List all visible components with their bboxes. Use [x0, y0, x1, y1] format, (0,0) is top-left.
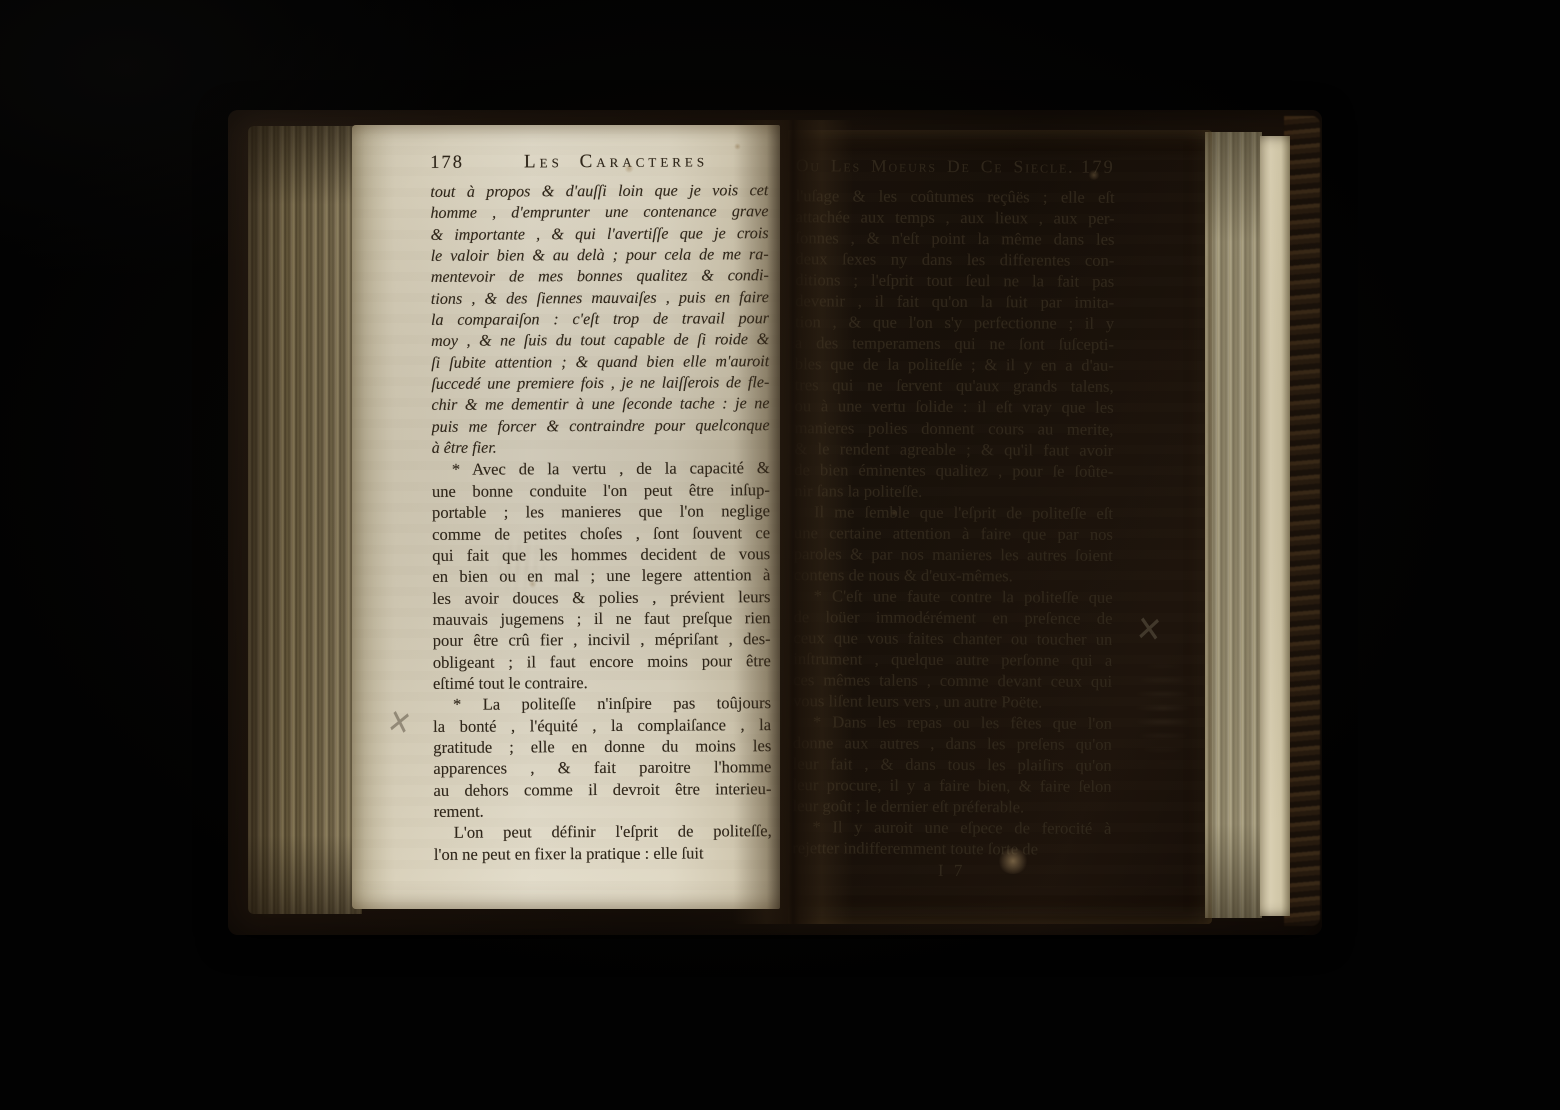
page-right-header: Ou Les Moeurs De Ce Siecle. 179	[796, 155, 1115, 184]
text-line: * La politeſſe n'inſpire pas toûjours	[433, 692, 771, 715]
paragraph: * Avec de la vertu , de la capacité &une…	[432, 458, 771, 695]
text-line: L'on peut définir l'eſprit de politeſſe,	[434, 820, 772, 843]
text-line: ces mêmes talens , comme devant ceux qui	[793, 669, 1112, 692]
text-line: les avoir douces & polies , prévient leu…	[432, 586, 770, 609]
text-line: apparences , & fait paroitre l'homme	[433, 756, 771, 779]
text-line: de bien éminentes qualitez , pour ſe ſoû…	[794, 459, 1113, 482]
text-line: tion , & que l'on s'y perfectionne ; il …	[795, 311, 1114, 334]
text-line: obligeant ; il faut encore moins pour êt…	[433, 650, 771, 673]
right-page-edges	[1205, 132, 1262, 918]
text-line: à être fier.	[432, 436, 770, 459]
text-line: devenir , il fait qu'on la ſuit par imit…	[795, 290, 1114, 313]
text-line: bles que de la politeſſe ; & il y en a d…	[795, 354, 1114, 377]
page-left-body: tout à propos & d'auſſi loin que je vois…	[430, 180, 772, 865]
paragraph: * Il y auroit une eſpece de ferocité àre…	[792, 817, 1111, 861]
text-line: leur fait , & dans tous les plaiſirs qu'…	[793, 753, 1112, 776]
text-line: * C'eſt une faute contre la politeſſe qu…	[794, 585, 1113, 608]
text-line: deux ſexes ny dans les differentes con-	[795, 248, 1114, 271]
text-line: a des temperamens qui ne ſont ſuſcepti-	[795, 332, 1114, 355]
text-line: ſuccedé une premiere fois , je ne laiſſe…	[431, 372, 769, 395]
running-title-right: Ou Les Moeurs De Ce Siecle.	[796, 155, 1075, 177]
text-line: au dehors comme il devroit être interieu…	[433, 778, 771, 801]
text-line: paroles & par nos manieres les autres ſo…	[794, 543, 1113, 566]
signature-mark: I 7	[792, 860, 1111, 882]
text-line: Il me ſemble que l'eſprit de politeſſe e…	[794, 501, 1113, 524]
text-line: une bonne conduite l'on peut être inſup-	[432, 479, 770, 502]
text-line: ditions ; l'eſprit tout ſeul ne la fait …	[795, 269, 1114, 292]
page-right-text-block: Ou Les Moeurs De Ce Siecle. 179 l'uſage …	[792, 155, 1115, 881]
text-line: * Avec de la vertu , de la capacité &	[432, 458, 770, 481]
page-number-left: 178	[430, 153, 464, 174]
page-right-body: l'uſage & les coûtumes reçûës ; elle eſt…	[792, 185, 1115, 860]
text-line: donne aux autres , dans les preſens qu'o…	[793, 732, 1112, 755]
paragraph: * C'eſt une faute contre la politeſſe qu…	[793, 585, 1113, 713]
text-line: tres qui ne ſervent qu'aux grands talens…	[795, 375, 1114, 398]
text-line: eſtimé tout le contraire.	[433, 671, 771, 694]
text-line: tions , & des ſiennes mauvaiſes , puis e…	[431, 287, 769, 310]
paragraph: * La politeſſe n'inſpire pas toûjoursla …	[433, 692, 772, 822]
text-line: la comparaiſon : c'eſt trop de travail p…	[431, 308, 769, 331]
text-line: pour être crû fier , incivil , mépriſant…	[433, 628, 771, 651]
text-line: chir & me dementir à une ſeconde tache :…	[431, 394, 769, 417]
text-line: la bonté , l'équité , la complaiſance , …	[433, 714, 771, 737]
text-line: comme de petites choſes , ſont ſouvent c…	[432, 522, 770, 545]
left-page-edges	[248, 126, 362, 914]
text-line: l'uſage & les coûtumes reçûës ; elle eſt	[796, 185, 1115, 208]
paragraph: tout à propos & d'auſſi loin que je vois…	[430, 180, 769, 459]
open-book: 178 Les Caracteres tout à propos & d'auſ…	[228, 110, 1322, 935]
text-line: ceux que vous faites chanter ou toucher …	[793, 627, 1112, 650]
page-left-header: 178 Les Caracteres	[430, 150, 768, 179]
running-title-left: Les Caracteres	[464, 150, 768, 174]
text-line: moy , & ne ſuis du tout capable de ſi ro…	[431, 330, 769, 353]
page-right: Ou Les Moeurs De Ce Siecle. 179 l'uſage …	[788, 130, 1212, 924]
text-line: qui fait que les hommes decident de vous	[432, 543, 770, 566]
text-line: puis me forcer & contraindre pour quelco…	[432, 415, 770, 438]
text-line: rejetter indifferemment toute ſorte de	[792, 838, 1111, 861]
text-line: une certaine attention à faire que par n…	[794, 522, 1113, 545]
paragraph: * Dans les repas ou les fêtes que l'ondo…	[792, 711, 1112, 818]
text-line: ſi ſubite attention ; & quand bien elle …	[431, 351, 769, 374]
right-page-edges-outer	[1260, 136, 1290, 916]
text-line: manieres polies donnent cours au merite,	[794, 417, 1113, 440]
text-line: * Dans les repas ou les fêtes que l'on	[793, 711, 1112, 734]
text-line: & le rendent agreable ; & qu'il faut avo…	[794, 438, 1113, 461]
text-line: mentevoir de mes bonnes qualitez & condi…	[431, 265, 769, 288]
text-line: tout à propos & d'auſſi loin que je vois…	[430, 180, 768, 203]
text-line: mauvais jugemens ; il ne faut preſque ri…	[433, 607, 771, 630]
text-line: rement.	[434, 799, 772, 822]
text-line: portable ; les manieres que l'on neglige	[432, 500, 770, 523]
photo-backdrop: 178 Les Caracteres tout à propos & d'auſ…	[0, 0, 1560, 1110]
text-line: ou à une vertu ſolide : il eſt vray que …	[795, 396, 1114, 419]
text-line: en bien ou en mal ; une legere attention…	[432, 564, 770, 587]
page-left: 178 Les Caracteres tout à propos & d'auſ…	[352, 125, 780, 909]
paragraph: Il me ſemble que l'eſprit de politeſſe e…	[794, 501, 1113, 587]
text-line: * Il y auroit une eſpece de ferocité à	[792, 817, 1111, 840]
text-line: & importante , & qui l'avertiſſe que je …	[431, 223, 769, 246]
text-line: attachée aux temps , aux lieux , aux per…	[796, 206, 1115, 229]
page-number-right: 179	[1081, 158, 1115, 179]
text-line: homme , d'emprunter une contenance grave	[430, 201, 768, 224]
text-line: leur goût ; le dernier eſt préferable.	[792, 796, 1111, 819]
text-line: le valoir bien & au delà ; pour cela de …	[431, 244, 769, 267]
text-line: de loüer immodérément en preſence de	[793, 606, 1112, 629]
page-left-text-block: 178 Les Caracteres tout à propos & d'auſ…	[430, 150, 772, 865]
text-line: inſtrument , quelque autre perſonne qui …	[793, 648, 1112, 671]
text-line: gratitude ; elle en donne du moins les	[433, 735, 771, 758]
text-line: leur procure, il y a faire bien, & faire…	[793, 774, 1112, 797]
text-line: nir ſans la politeſſe.	[794, 480, 1113, 503]
paragraph: L'on peut définir l'eſprit de politeſſe,…	[434, 820, 772, 864]
text-line: contens de nous & d'eux-mêmes.	[794, 564, 1113, 587]
text-line: l'on ne peut en fixer la pratique : elle…	[434, 842, 772, 865]
paragraph: l'uſage & les coûtumes reçûës ; elle eſt…	[794, 185, 1115, 502]
text-line: ſonnes , & n'eſt point la même dans les	[795, 227, 1114, 250]
text-line: vous liſent leurs vers , un autre Poëte.	[793, 690, 1112, 713]
